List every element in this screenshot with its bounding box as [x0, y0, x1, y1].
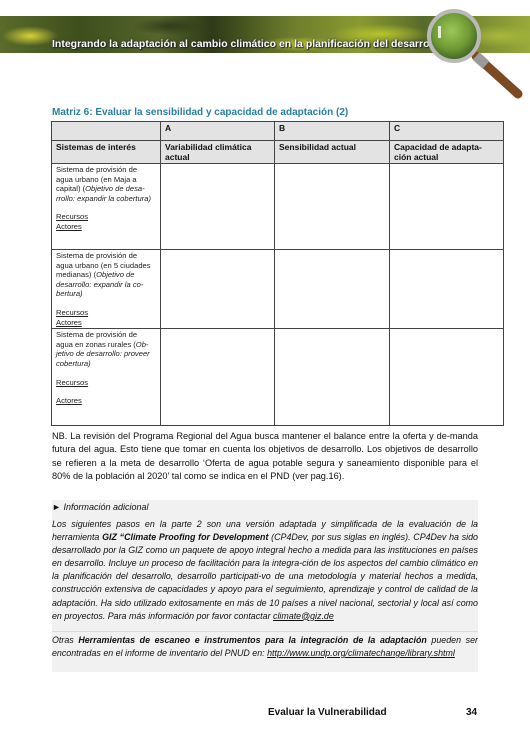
triangle-right-icon: ►	[52, 502, 61, 512]
info-text: Otras	[52, 635, 78, 645]
tool-name: GIZ “Climate Proofing for Development	[102, 532, 268, 542]
resources-label: Recursos	[56, 378, 156, 388]
matrix-cell	[161, 164, 275, 250]
info-paragraph-1: Los siguientes pasos en la parte 2 son u…	[52, 518, 478, 623]
actors-label: Actores	[56, 396, 156, 406]
matrix-cell	[161, 250, 275, 329]
divider	[52, 631, 478, 632]
column-letter-row: A B C	[52, 122, 504, 141]
system-cell: Sistema de provisión de agua urbano (en …	[52, 164, 161, 250]
footer-section-title: Evaluar la Vulnerabilidad	[268, 707, 387, 718]
column-letter: A	[161, 122, 275, 141]
matrix-cell	[390, 164, 504, 250]
table-row: Sistema de provisión de agua en zonas ru…	[52, 329, 504, 426]
note-paragraph: NB. La revisión del Programa Regional de…	[52, 430, 478, 484]
system-cell: Sistema de provisión de agua en zonas ru…	[52, 329, 161, 426]
column-header: Sistemas de interés	[52, 141, 161, 164]
matrix-title: Matriz 6: Evaluar la sensibilidad y capa…	[52, 107, 348, 118]
column-letter: C	[390, 122, 504, 141]
info-text: (CP4Dev, por sus siglas en inglés). CP4D…	[52, 532, 478, 621]
magnifying-glass-icon	[418, 6, 528, 101]
column-letter: B	[275, 122, 390, 141]
table-row: Sistema de provisión de agua urbano (en …	[52, 250, 504, 329]
column-header: Sensibilidad actual	[275, 141, 390, 164]
undp-library-link[interactable]: http://www.undp.org/climatechange/librar…	[267, 648, 455, 658]
resources-label: Recursos	[56, 308, 156, 318]
resources-label: Recursos	[56, 212, 156, 222]
matrix-cell	[390, 250, 504, 329]
matrix-cell	[275, 329, 390, 426]
matrix-cell	[390, 329, 504, 426]
info-heading: ► Información adicional	[52, 502, 149, 512]
matrix-cell	[275, 250, 390, 329]
matrix-cell	[275, 164, 390, 250]
column-header-row: Sistemas de interés Variabilidad climáti…	[52, 141, 504, 164]
page-number: 34	[466, 707, 477, 718]
matrix-cell	[161, 329, 275, 426]
actors-label: Actores	[56, 222, 156, 232]
info-paragraph-2: Otras Herramientas de escaneo e instrume…	[52, 634, 478, 660]
tools-heading: Herramientas de escaneo e instrumentos p…	[78, 635, 426, 645]
banner-title: Integrando la adaptación al cambio climá…	[52, 38, 442, 50]
column-header: Variabilidad climática actual	[161, 141, 275, 164]
table-row: Sistema de provisión de agua urbano (en …	[52, 164, 504, 250]
info-heading-text: Información adicional	[63, 502, 148, 512]
system-description: Sistema de provisión de agua en zonas ru…	[56, 330, 137, 349]
email-link[interactable]: climate@giz.de	[273, 611, 334, 621]
system-cell: Sistema de provisión de agua urbano (en …	[52, 250, 161, 329]
actors-label: Actores	[56, 318, 156, 328]
column-header: Capacidad de adapta-ción actual	[390, 141, 504, 164]
column-letter	[52, 122, 161, 141]
evaluation-matrix: A B C Sistemas de interés Variabilidad c…	[51, 121, 504, 426]
